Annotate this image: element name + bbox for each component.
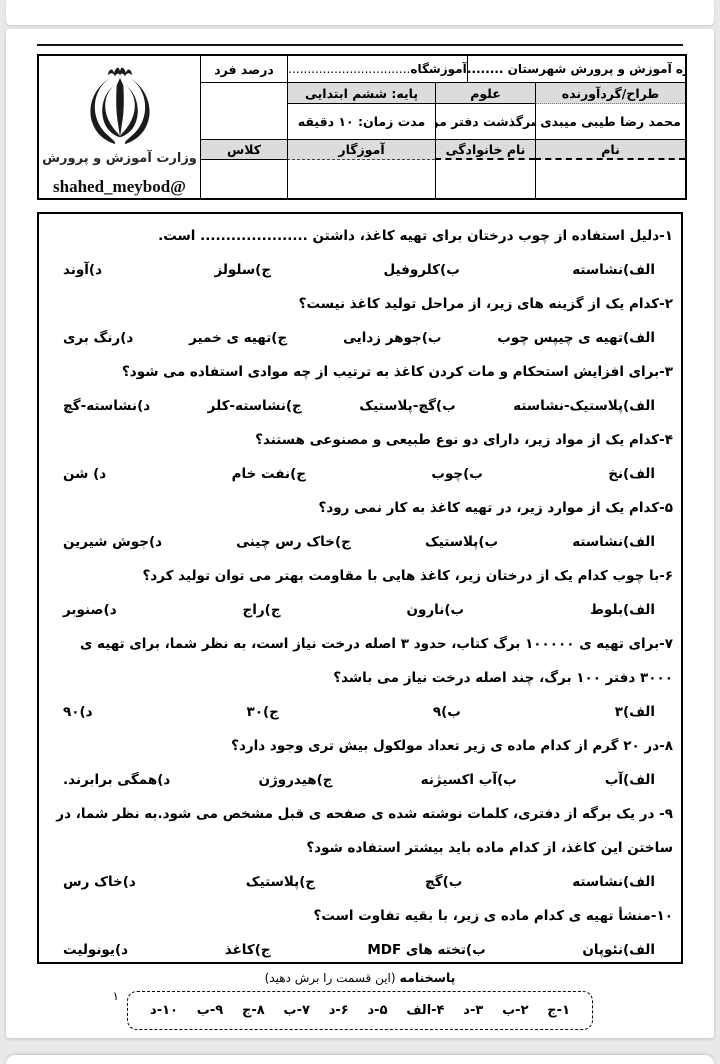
question-options: الف)تهیه ی چیپس چوب ب)جوهر زدایی ج)تهیه …	[39, 321, 681, 355]
question-text: ۵-کدام یک از موارد زیر، در تهیه کاغذ به …	[39, 491, 681, 525]
class-input-cell	[200, 160, 287, 198]
option-c: ج)سلولز	[214, 253, 271, 287]
option-a: الف)۳	[615, 695, 655, 729]
option-b: ب)گچ	[425, 865, 462, 899]
answer-sheet-title: پاسخنامه (این قسمت را برش دهید)	[37, 970, 683, 985]
question-options: الف)۳ ب)۹ ج)۳۰ د)۹۰	[39, 695, 681, 729]
question-text: ۷-برای تهیه ی ۱۰۰۰۰۰ برگ کتاب، حدود ۳ اص…	[39, 627, 681, 695]
ministry-name: وزارت آموزش و پرورش	[42, 151, 197, 166]
question-6: ۶-با چوب کدام یک از درختان زیر، کاغذ های…	[39, 559, 681, 627]
question-7: ۷-برای تهیه ی ۱۰۰۰۰۰ برگ کتاب، حدود ۳ اص…	[39, 627, 681, 729]
question-options: الف)آب ب)آب اکسیژنه ج)هیدروژن د)همگی برا…	[39, 763, 681, 797]
subject-label: علوم	[435, 83, 535, 104]
answer-7: ۷-ب	[284, 1003, 310, 1018]
answer-sheet-label: پاسخنامه	[400, 970, 456, 985]
header-row-1: اداره آموزش و پرورش شهرستان ............…	[200, 56, 685, 83]
page-number: ۱	[113, 989, 119, 1003]
option-c: ج)تهیه ی خمیر	[189, 321, 287, 355]
answer-9: ۹-ب	[197, 1003, 223, 1018]
option-c: ج)خاک رس چینی	[236, 525, 351, 559]
question-4: ۴-کدام یک از مواد زیر، دارای دو نوع طبیع…	[39, 423, 681, 491]
answer-sheet-cut-note: (این قسمت را برش دهید)	[265, 971, 396, 985]
option-c: ج)نشاسته-کلر	[208, 389, 302, 423]
question-8: ۸-در ۲۰ گرم از کدام ماده ی زیر تعداد مول…	[39, 729, 681, 797]
ministry-logo-cell: وزارت آموزش و پرورش @shahed_meybod	[39, 56, 200, 198]
question-text: ۱۰-منشأ تهیه ی کدام ماده ی زیر، با بقیه …	[39, 899, 681, 933]
option-b: ب)۹	[433, 695, 461, 729]
question-text: ۴-کدام یک از مواد زیر، دارای دو نوع طبیع…	[39, 423, 681, 457]
question-text: ۸-در ۲۰ گرم از کدام ماده ی زیر تعداد مول…	[39, 729, 681, 763]
question-options: الف)بلوط ب)نارون ج)راج د)صنوبر	[39, 593, 681, 627]
percent-input-cell	[200, 83, 287, 140]
name-input-cell	[535, 160, 685, 198]
question-text: ۹- در یک برگه از دفتری، کلمات نوشته شده …	[39, 797, 681, 865]
option-a: الف)بلوط	[590, 593, 655, 627]
answer-3: ۳-د	[463, 1003, 483, 1018]
question-text: ۲-کدام یک از گزینه های زیر، از مراحل تول…	[39, 287, 681, 321]
option-d: د)صنوبر	[63, 593, 117, 627]
question-options: الف)پلاستیک-نشاسته ب)گچ-پلاستیک ج)نشاسته…	[39, 389, 681, 423]
option-d: د)رنگ بری	[63, 321, 133, 355]
answer-1: ۱-ج	[547, 1003, 570, 1018]
screenshot-root: { "theme": { "cell_shade": "#dcdcdc", "b…	[0, 0, 720, 1064]
school-dotted-line: ................................	[288, 62, 410, 76]
exam-header-table: اداره آموزش و پرورش شهرستان ............…	[37, 54, 687, 200]
option-a: الف)نشاسته	[572, 253, 655, 287]
option-d: د)۹۰	[63, 695, 93, 729]
family-name-input-cell	[435, 160, 535, 198]
question-options: الف)نشاسته ب)گچ ج)پلاستیک د)خاک رس	[39, 865, 681, 899]
option-a: الف)نشاسته	[572, 525, 655, 559]
designer-name: محمد رضا طیبی میبدی	[535, 104, 685, 140]
question-9: ۹- در یک برگه از دفتری، کلمات نوشته شده …	[39, 797, 681, 899]
department-line: اداره آموزش و پرورش شهرستان ............	[467, 56, 685, 83]
option-a: الف)نشاسته	[572, 865, 655, 899]
option-c: ج)۳۰	[247, 695, 279, 729]
option-b: ب)جوهر زدایی	[343, 321, 441, 355]
question-options: الف)نشاسته ب)پلاستیک ج)خاک رس چینی د)جوش…	[39, 525, 681, 559]
option-d: د)آوند	[63, 253, 102, 287]
answer-8: ۸-ج	[242, 1003, 265, 1018]
option-d: د)همگی برابرند.	[63, 763, 170, 797]
question-3: ۳-برای افزایش استحکام و مات کردن کاغذ به…	[39, 355, 681, 423]
iran-ministry-of-education-emblem-icon	[73, 63, 167, 149]
duration-label: مدت زمان: ۱۰ دقیقه	[287, 104, 435, 140]
question-10: ۱۰-منشأ تهیه ی کدام ماده ی زیر، با بقیه …	[39, 899, 681, 964]
answer-5: ۵-د	[368, 1003, 388, 1018]
option-d: د)نشاسته-گچ	[63, 389, 150, 423]
option-b: ب)گچ-پلاستیک	[359, 389, 455, 423]
answer-4: ۴-الف	[406, 1003, 444, 1018]
teacher-label: آموزگار	[287, 140, 435, 160]
option-c: ج)پلاستیک	[246, 865, 315, 899]
family-name-label: نام خانوادگی	[435, 140, 535, 160]
questions-box: ۱-دلیل استفاده از چوب درختان برای تهیه ک…	[37, 212, 683, 964]
answer-key-row: ۱ ۱-ج ۲-ب ۳-د ۴-الف ۵-د ۶-د ۷-ب ۸-ج ۹-ب …	[37, 991, 683, 1030]
designer-label: طراح/گردآورنده	[535, 83, 685, 104]
answer-6: ۶-د	[329, 1003, 349, 1018]
option-b: ب)نارون	[407, 593, 465, 627]
option-d: د)یونولیت	[63, 933, 128, 964]
option-b: ب)چوب	[431, 457, 483, 491]
exam-title: سرگذشت دفتر من	[435, 104, 535, 140]
exam-page: اداره آموزش و پرورش شهرستان ............…	[6, 29, 714, 1038]
bottom-sheet-edge[interactable]	[6, 1055, 714, 1064]
question-options: الف)نخ ب)چوب ج)نفت خام د) شن	[39, 457, 681, 491]
top-horizontal-rule	[37, 44, 683, 46]
answer-key-box: ۱-ج ۲-ب ۳-د ۴-الف ۵-د ۶-د ۷-ب ۸-ج ۹-ب ۱۰…	[127, 991, 593, 1030]
name-label: نام	[535, 140, 685, 160]
option-a: الف)تهیه ی چیپس چوب	[497, 321, 655, 355]
school-label: آموزشگاه	[410, 62, 466, 76]
question-options: الف)نئوپان ب)تخته های MDF ج)کاغذ د)یونول…	[39, 933, 681, 964]
option-c: ج)هیدروژن	[258, 763, 332, 797]
option-b: ب)پلاستیک	[425, 525, 498, 559]
telegram-handle: @shahed_meybod	[53, 177, 186, 197]
option-a: الف)پلاستیک-نشاسته	[513, 389, 655, 423]
question-2: ۲-کدام یک از گزینه های زیر، از مراحل تول…	[39, 287, 681, 355]
question-options: الف)نشاسته ب)کلروفیل ج)سلولز د)آوند	[39, 253, 681, 287]
question-1: ۱-دلیل استفاده از چوب درختان برای تهیه ک…	[39, 219, 681, 287]
option-b: ب)آب اکسیژنه	[421, 763, 517, 797]
answer-2: ۲-ب	[502, 1003, 528, 1018]
previous-page-edge	[6, 0, 714, 25]
question-text: ۱-دلیل استفاده از چوب درختان برای تهیه ک…	[39, 219, 681, 253]
teacher-input-cell	[287, 160, 435, 198]
option-a: الف)نئوپان	[582, 933, 655, 964]
grade-label: پایه: ششم ابتدایی	[287, 83, 435, 104]
option-b: ب)تخته های MDF	[367, 933, 485, 964]
option-d: د) شن	[63, 457, 106, 491]
option-d: د)جوش شیرین	[63, 525, 162, 559]
option-c: ج)کاغذ	[225, 933, 271, 964]
option-c: ج)نفت خام	[232, 457, 306, 491]
option-a: الف)نخ	[608, 457, 655, 491]
option-d: د)خاک رس	[63, 865, 136, 899]
option-a: الف)آب	[605, 763, 655, 797]
school-field: آموزشگاه ...............................…	[287, 56, 467, 83]
option-b: ب)کلروفیل	[383, 253, 459, 287]
answer-10: ۱۰-د	[150, 1003, 178, 1018]
question-text: ۶-با چوب کدام یک از درختان زیر، کاغذ های…	[39, 559, 681, 593]
class-label: کلاس	[200, 140, 287, 160]
question-5: ۵-کدام یک از موارد زیر، در تهیه کاغذ به …	[39, 491, 681, 559]
question-text: ۳-برای افزایش استحکام و مات کردن کاغذ به…	[39, 355, 681, 389]
option-c: ج)راج	[243, 593, 281, 627]
percent-label: درصد فرد	[200, 56, 287, 83]
